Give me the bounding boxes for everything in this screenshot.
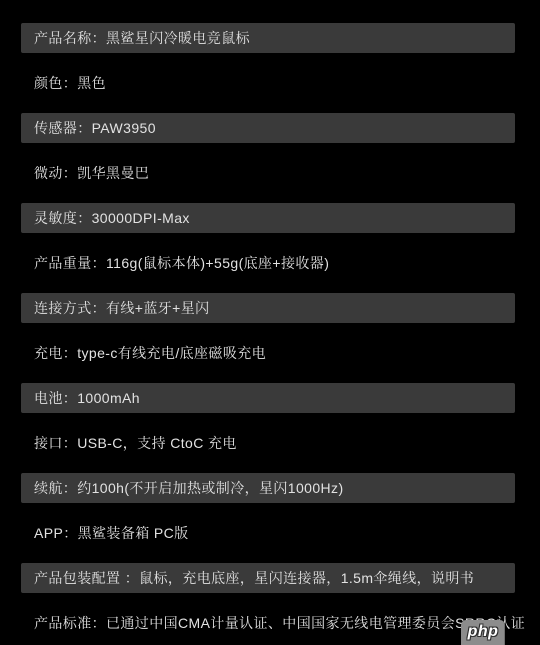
spec-text: 灵敏度：30000DPI-Max xyxy=(34,208,190,228)
spec-text: 续航：约100h(不开启加热或制冷，星闪1000Hz) xyxy=(34,478,344,498)
spec-row-standard: 产品标准：已通过中国CMA计量认证、中国国家无线电管理委员会SRRC认证 xyxy=(0,600,540,645)
spec-bar-plain: 颜色：黑色 xyxy=(21,68,515,98)
spec-bar-highlight: 传感器：PAW3950 xyxy=(21,113,515,143)
spec-bar-plain: 充电：type-c有线充电/底座磁吸充电 xyxy=(21,338,515,368)
spec-row-port: 接口：USB-C，支持 CtoC 充电 xyxy=(0,420,540,465)
spec-text: 颜色：黑色 xyxy=(34,73,106,93)
spec-row-weight: 产品重量：116g(鼠标本体)+55g(底座+接收器) xyxy=(0,240,540,285)
spec-text: 产品名称：黑鲨星闪冷暖电竞鼠标 xyxy=(34,28,250,48)
spec-bar-highlight: 灵敏度：30000DPI-Max xyxy=(21,203,515,233)
spec-text: 接口：USB-C，支持 CtoC 充电 xyxy=(34,433,237,453)
spec-row-sensor: 传感器：PAW3950 xyxy=(0,105,540,150)
spec-text: 充电：type-c有线充电/底座磁吸充电 xyxy=(34,343,266,363)
product-spec-sheet: 产品名称：黑鲨星闪冷暖电竞鼠标 颜色：黑色 传感器：PAW3950 微动：凯华黑… xyxy=(0,0,540,645)
spec-text: 电池：1000mAh xyxy=(34,388,140,408)
spec-bar-highlight: 产品名称：黑鲨星闪冷暖电竞鼠标 xyxy=(21,23,515,53)
spec-row-charging: 充电：type-c有线充电/底座磁吸充电 xyxy=(0,330,540,375)
spec-row-endurance: 续航：约100h(不开启加热或制冷，星闪1000Hz) xyxy=(0,465,540,510)
spec-text: 产品包装配置 ：鼠标，充电底座，星闪连接器，1.5m伞绳线，说明书 xyxy=(34,568,474,588)
spec-bar-highlight: 电池：1000mAh xyxy=(21,383,515,413)
spec-text: 连接方式：有线+蓝牙+星闪 xyxy=(34,298,210,318)
spec-row-product-name: 产品名称：黑鲨星闪冷暖电竞鼠标 xyxy=(0,15,540,60)
spec-bar-plain: 接口：USB-C，支持 CtoC 充电 xyxy=(21,428,515,458)
spec-bar-plain: APP：黑鲨装备箱 PC版 xyxy=(21,518,515,548)
spec-row-color: 颜色：黑色 xyxy=(0,60,540,105)
spec-text: 传感器：PAW3950 xyxy=(34,118,156,138)
spec-bar-plain: 产品标准：已通过中国CMA计量认证、中国国家无线电管理委员会SRRC认证 xyxy=(21,608,515,638)
php-watermark: php xyxy=(461,620,505,645)
spec-row-dpi: 灵敏度：30000DPI-Max xyxy=(0,195,540,240)
spec-row-battery: 电池：1000mAh xyxy=(0,375,540,420)
php-watermark-label: php xyxy=(468,620,499,644)
spec-text: APP：黑鲨装备箱 PC版 xyxy=(34,523,189,543)
spec-text: 产品重量：116g(鼠标本体)+55g(底座+接收器) xyxy=(34,253,329,273)
spec-text: 微动：凯华黑曼巴 xyxy=(34,163,149,183)
spec-bar-highlight: 连接方式：有线+蓝牙+星闪 xyxy=(21,293,515,323)
spec-row-connection: 连接方式：有线+蓝牙+星闪 xyxy=(0,285,540,330)
spec-text: 产品标准：已通过中国CMA计量认证、中国国家无线电管理委员会SRRC认证 xyxy=(34,613,525,633)
spec-bar-plain: 产品重量：116g(鼠标本体)+55g(底座+接收器) xyxy=(21,248,515,278)
spec-bar-highlight: 产品包装配置 ：鼠标，充电底座，星闪连接器，1.5m伞绳线，说明书 xyxy=(21,563,515,593)
spec-row-switch: 微动：凯华黑曼巴 xyxy=(0,150,540,195)
spec-row-app: APP：黑鲨装备箱 PC版 xyxy=(0,510,540,555)
spec-bar-highlight: 续航：约100h(不开启加热或制冷，星闪1000Hz) xyxy=(21,473,515,503)
spec-bar-plain: 微动：凯华黑曼巴 xyxy=(21,158,515,188)
spec-row-package: 产品包装配置 ：鼠标，充电底座，星闪连接器，1.5m伞绳线，说明书 xyxy=(0,555,540,600)
